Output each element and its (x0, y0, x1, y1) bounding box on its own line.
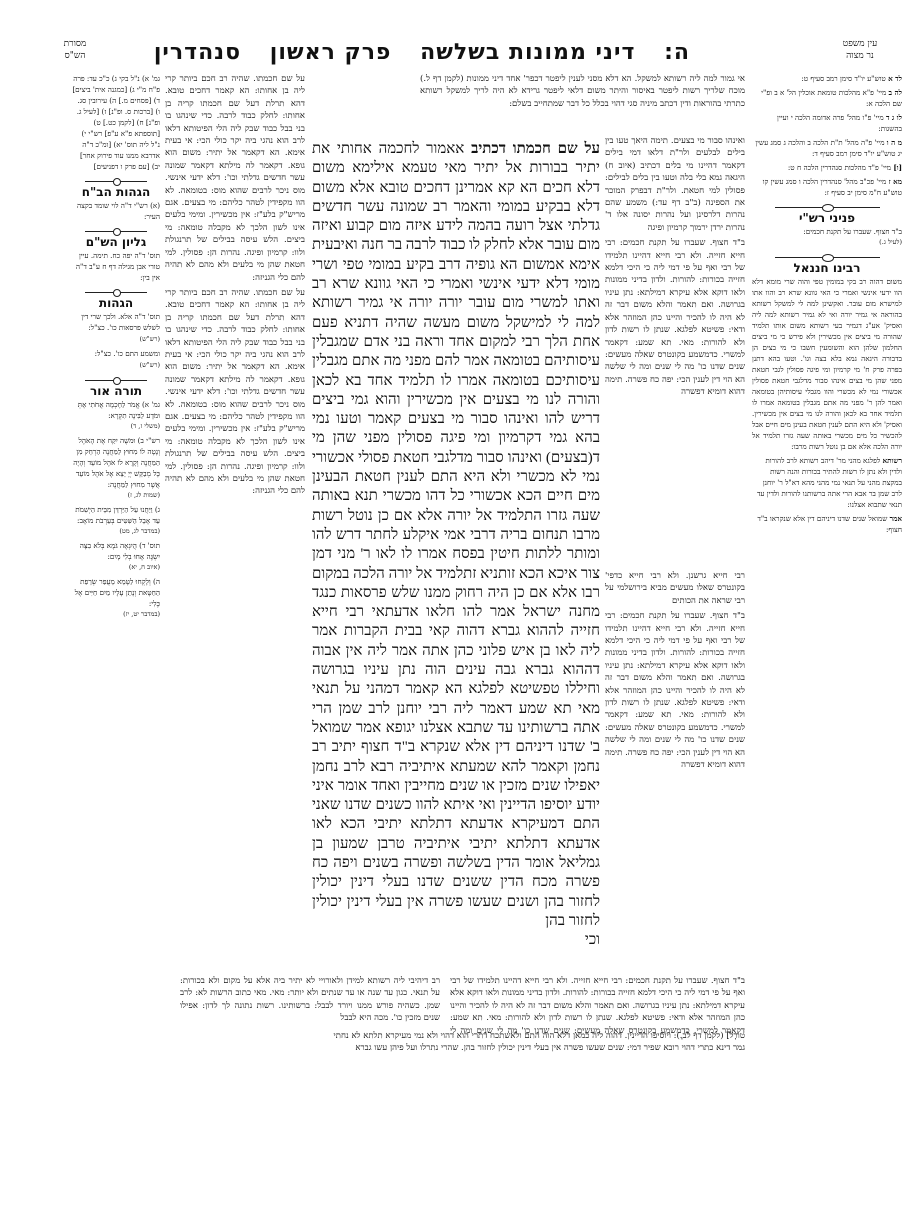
ein-mishpat-text: מיי' פ"ד מהלכות סנהדרין הלכה ח ט: (788, 163, 891, 172)
rc-sub-lead: אמר (890, 514, 902, 523)
mesoret-label: מסורת (40, 38, 110, 50)
ein-mishpat-text: מיי' פ"א מהלכות טומאת אוכלין הל' א ב ופ"… (761, 88, 902, 108)
tosafot-b-text: ואינהו סבור מי בצעים. תימה היאך טעו בין … (605, 135, 745, 234)
rabbenu-chananel-text: משום דהוה רב בקי במומין טפי והוה שרי מומ… (752, 276, 902, 452)
tosafot-right-text-cont: ב"ד חצוף. שעברו על תקנת חכמים: רבי חייא … (605, 610, 745, 771)
gemara-text: על שם חכמתו דכתיב אאמור לחכמה אחותי את י… (312, 140, 600, 970)
torah-or-item: ה) וְלָקְחוּ לַטָּמֵא מֵעֲפַר שְׂרֵפַת ה… (72, 576, 160, 620)
ein-mishpat-label: עין משפט (820, 38, 900, 50)
hagahot-title: הגהות (72, 298, 160, 309)
tosafot-bottom-line-1: טורל] (לקמן דף לב.): ויוסיפו הדיינין. דה… (180, 1030, 745, 1042)
penei-rashi-ref: (לעיל ג.) (752, 237, 902, 248)
hagahot-ref: (רש"ש) (140, 361, 160, 369)
torah-or-item: רש"י ב) וּמֹשֶׁה יִקַּח אֶת הָאֹהֶל וְנָ… (72, 435, 160, 501)
rabbenu-chananel-sub: אמר שמואל שנים שדנו דיניהם דין אלא שנקרא… (752, 513, 902, 535)
page-title: ה: דיני ממונות בשלשה פרק ראשון סנהדרין (290, 40, 700, 65)
rabbenu-chananel-sub: רשותא לפלגא מהני מר' דיהב רשותא לרב להור… (752, 455, 902, 510)
torah-or-ref: (איוב ח, יא) (72, 562, 160, 573)
ornament-divider (85, 377, 147, 383)
ein-mishpat-item: לד א טוש"ע יו"ד סימן רמב סעיף ט: (752, 73, 902, 84)
rashi-bottom-text: רב דיהיבי ליה רשותא למידן ולאורויי לא ית… (180, 976, 440, 1023)
tractate-name: סנהדרין (154, 40, 241, 65)
tosafot-bottom: טורל] (לקמן דף לב.): ויוסיפו הדיינין. דה… (180, 1030, 745, 1090)
torah-or-title: תורה אור (72, 386, 160, 397)
tosafot-column: ואינהו סבור מי בצעים. תימה היאך טעו בין … (605, 135, 745, 575)
ein-mishpat-item: [ו] מיי' פ"ד מהלכות סנהדרין הלכה ח ט: (752, 162, 902, 173)
ein-mishpat-num: לה ב (889, 88, 902, 97)
gemara-lead-words: על שם חכמתו דכתיב (471, 141, 600, 157)
torah-or-item: ג) וַיַּחֲנוּ עַל הַיַּרְדֵּן מִבֵּית הַ… (72, 504, 160, 537)
ein-mishpat-num: מ ה ו (887, 138, 902, 147)
tosafot-top: אי גמור למה ליה רשותא למשקל. הא דלא מסני… (420, 73, 745, 133)
tosafot-top-text: אי גמור למה ליה רשותא למשקל. הא דלא מסני… (420, 74, 745, 109)
rashi-column: על שם חכמתו. שהיה רב חכם ביותר קרי ליה ב… (165, 73, 305, 903)
rc-sub-text: שמואל שנים שדנו דיניהם דין אלא שנקראו ב"… (757, 514, 902, 534)
ein-mishpat-item: מ ה ו מיי' פ"ה מהל' ת"ת הלכה ב והלכה ג ס… (752, 137, 902, 159)
ner-mitzva-label: נר מצוה (820, 50, 900, 62)
left-margin: גמ' א) נ"ל בקי ג) כ"כ עד: פרה פ"ח מ"י ג)… (72, 73, 160, 1073)
hagahot-item: ומשמע התם כו'. כצ"ל: (רש"ש) (72, 348, 160, 371)
chapter-title: דיני ממונות בשלשה (420, 40, 635, 65)
gilyon-hashas-text: תוס' ד"ה יפה כח. תימה. עיין טורי אבן מגי… (72, 250, 160, 283)
penei-rashi-title: פניני רש"י (752, 213, 902, 224)
torah-or-ref: (במדבר לג, מט) (72, 526, 160, 537)
ein-mishpat-item: לה ב מיי' פ"א מהלכות טומאת אוכלין הל' א … (752, 87, 902, 109)
ein-mishpat-text: טוש"ע יו"ד סימן רמב סעיף ט: (801, 74, 885, 83)
ein-mishpat-text: מיי' פ"ו מהל' פרה אדומה הלכה י ועיין בהש… (777, 113, 902, 133)
hashas-label: הש"ס (40, 50, 110, 62)
torah-or-verse: רש"י ב) וּמֹשֶׁה יִקַּח אֶת הָאֹהֶל וְנָ… (73, 436, 160, 489)
ein-mishpat-num: לו ג ד (886, 113, 902, 122)
tosafot-gershon-text: רבי חייא גרשנן. ולא רבי חייא כדפי' בקונט… (605, 570, 745, 607)
torah-or-verse: גמ' א) אֱמֹר לַחָכְמָה אֲחֹתִי אָתְּ וּמ… (78, 400, 160, 420)
gemara-body: אאמור לחכמה אחותי את יתיר בבורות אל יתיר… (312, 141, 600, 929)
rabbenu-chananel-title: רבינו חננאל (752, 263, 902, 274)
rc-sub-text: לפלגא מהני מר' דיהב רשותא לרב להורות ולד… (757, 456, 902, 509)
mesoret-hashas-text: גמ' א) נ"ל בקי ג) כ"כ עד: פרה פ"ח מ"י ג)… (72, 73, 160, 172)
rashi-text: על שם חכמתו. שהיה רב חכם ביותר קרי ליה ב… (165, 73, 305, 284)
gemara-catchword: וכי (312, 931, 600, 950)
torah-or-item: גמ' א) אֱמֹר לַחָכְמָה אֲחֹתִי אָתְּ וּמ… (72, 399, 160, 432)
right-margin: לד א טוש"ע יו"ד סימן רמב סעיף ט: לה ב מי… (752, 73, 902, 1073)
tosafot-right-text: ב"ד חצוף. שעברו על תקנת חכמים: רבי חייא … (605, 237, 745, 398)
mesoret-header: מסורת הש"ס (40, 38, 110, 62)
ornament-divider (85, 289, 147, 295)
hagahot-item: תוס' ד"ה אלא. ולכך שרי דין לשלש פרסאות כ… (72, 311, 160, 345)
torah-or-verse: תוס' ד) הֲיִגְאֶה גֹּמֶא בְּלֹא בִצָּה י… (80, 541, 160, 561)
ornament-divider (85, 178, 147, 184)
hagahot-text: ומשמע התם כו'. כצ"ל: (95, 349, 160, 358)
ein-mishpat-num: לד א (888, 74, 902, 83)
penei-rashi-text: ב"ד חצוף. שעברו על תקנת חכמים: (752, 226, 902, 237)
ein-mishpat-item: לו ג ד מיי' פ"ו מהל' פרה אדומה הלכה י וע… (752, 112, 902, 134)
tosafot-bottom-line-2: גמר דינא כתרי דהוי רובא שפיר דמי: שנים ש… (180, 1042, 745, 1054)
ein-mishpat-num: מא ז (889, 177, 902, 186)
hagahot-text: תוס' ד"ה אלא. ולכך שרי דין לשלש פרסאות כ… (81, 312, 160, 332)
rc-sub-lead: רשותא (883, 456, 902, 465)
rashi-text-cont: על שם חכמתו. שהיה רב חכם ביותר קרי ליה ב… (165, 287, 305, 498)
hagahot-habach-text: (א) רש"י ד"ה לוי שומד בקצה העיר: (72, 200, 160, 222)
ein-mishpat-item: מא ז מיי' פכ"ב מהל' סנהדרין הלכה ו סמג ע… (752, 176, 902, 198)
ein-mishpat-header: עין משפט נר מצוה (820, 38, 900, 62)
ein-mishpat-text: מיי' פ"ה מהל' ת"ת הלכה ב והלכה ג סמג עשי… (755, 138, 902, 158)
hagahot-ref: (רש"ש) (140, 335, 160, 343)
torah-or-ref: (במדבר יט, יז) (72, 609, 160, 620)
torah-or-verse: ג) וַיַּחֲנוּ עַל הַיַּרְדֵּן מִבֵּית הַ… (75, 505, 160, 525)
torah-or-item: תוס' ד) הֲיִגְאֶה גֹּמֶא בְּלֹא בִצָּה י… (72, 540, 160, 573)
torah-or-ref: (משלי ז, ד) (72, 421, 160, 432)
ornament-divider (85, 228, 147, 234)
tosafot-column-lower: רבי חייא גרשנן. ולא רבי חייא כדפי' בקונט… (605, 570, 745, 900)
ornament-divider (775, 254, 880, 260)
perek-label: פרק ראשון (270, 40, 392, 65)
hagahot-habach-title: הגהות הב"ח (72, 187, 160, 198)
torah-or-ref: (שמות לג, ז) (72, 490, 160, 501)
torah-or-verse: ה) וְלָקְחוּ לַטָּמֵא מֵעֲפַר שְׂרֵפַת ה… (75, 577, 160, 608)
ornament-divider (775, 204, 880, 210)
ein-mishpat-text: מיי' פכ"ב מהל' סנהדרין הלכה ו סמג עשין ק… (763, 177, 902, 197)
ein-mishpat-num: [ו] (893, 163, 902, 172)
daf-number: ה: (664, 40, 690, 65)
gilyon-hashas-title: גליון הש"ם (72, 237, 160, 248)
ein-mishpat-list: לד א טוש"ע יו"ד סימן רמב סעיף ט: לה ב מי… (752, 73, 902, 198)
